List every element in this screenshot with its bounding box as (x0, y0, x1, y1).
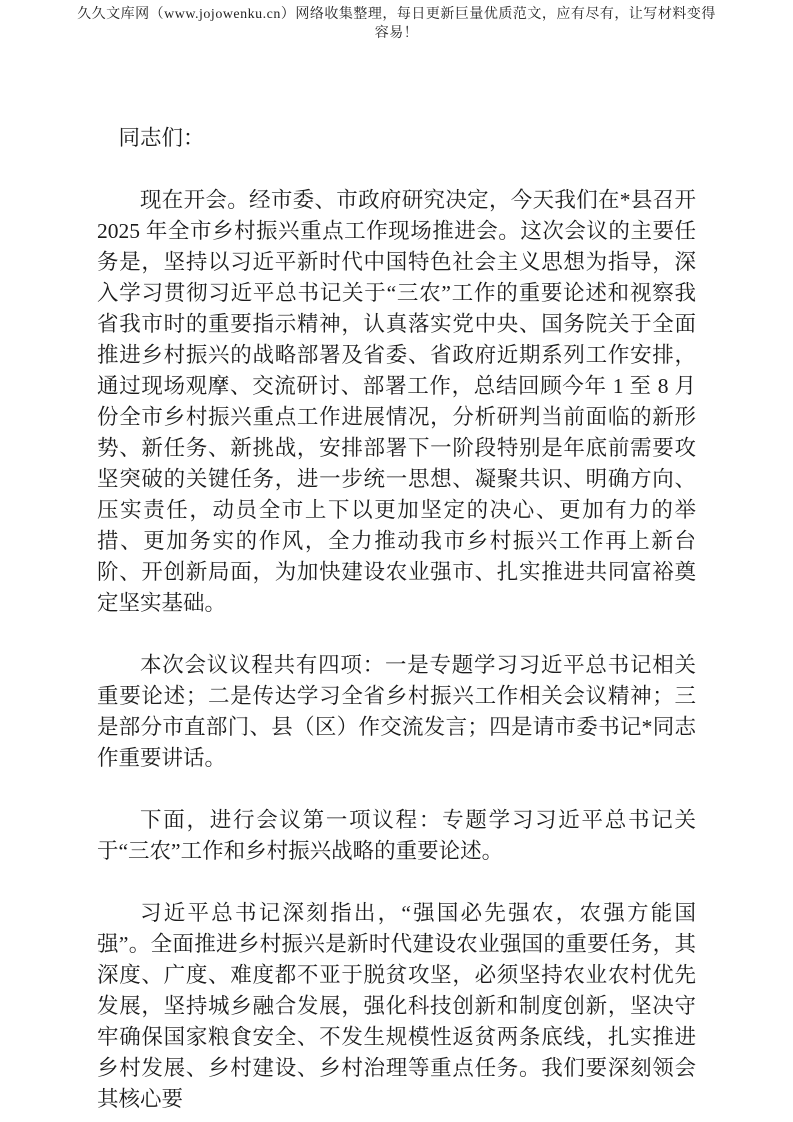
paragraph-first-agenda-item: 下面，进行会议第一项议程：专题学习习近平总书记关于“三农”工作和乡村振兴战略的重… (97, 805, 696, 867)
paragraph-salutation: 同志们： (97, 123, 696, 154)
site-watermark-header: 久久文库网（www.jojowenku.cn）网络收集整理，每日更新巨量优质范文… (77, 0, 717, 43)
paragraph-opening-remarks: 现在开会。经市委、市政府研究决定，今天我们在*县召开 2025 年全市乡村振兴重… (97, 185, 696, 619)
paragraph-meeting-agenda: 本次会议议程共有四项：一是专题学习习近平总书记相关重要论述；二是传达学习全省乡村… (97, 650, 696, 774)
paragraph-general-secretary-remarks: 习近平总书记深刻指出，“强国必先强农，农强方能国强”。全面推进乡村振兴是新时代建… (97, 898, 696, 1115)
document-page: 久久文库网（www.jojowenku.cn）网络收集整理，每日更新巨量优质范文… (0, 0, 793, 1122)
document-body: 同志们： 现在开会。经市委、市政府研究决定，今天我们在*县召开 2025 年全市… (97, 43, 696, 1115)
